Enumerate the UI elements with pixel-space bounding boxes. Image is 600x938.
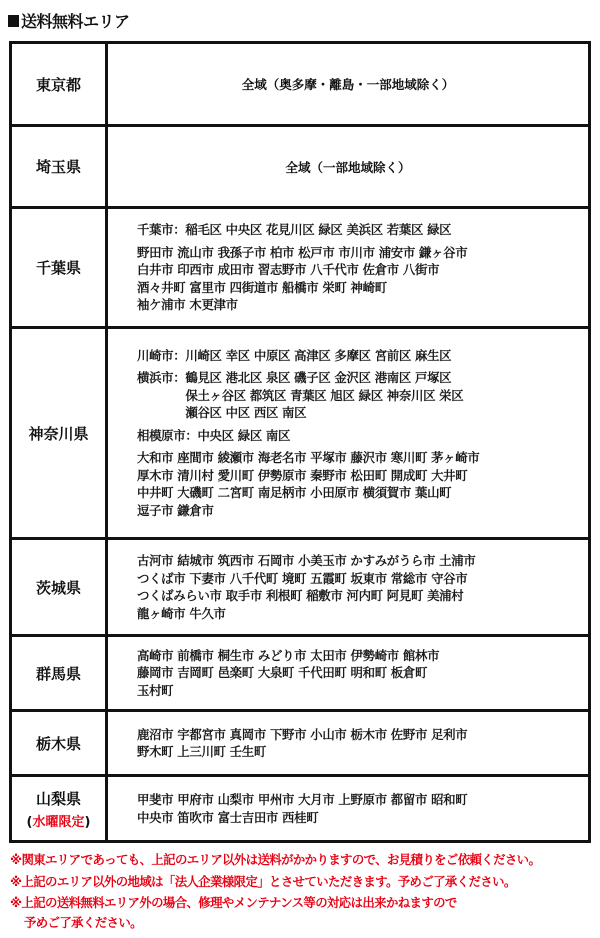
city-line: 中央区 緑区 南区 bbox=[197, 427, 290, 445]
section-title: 送料無料エリア bbox=[8, 9, 130, 32]
city-line: 甲斐市 甲府市 山梨市 甲州市 大月市 上野原市 都留市 昭和町 bbox=[137, 791, 582, 809]
city-line: 大和市 座間市 綾瀬市 海老名市 平塚市 藤沢市 寒川町 茅ヶ崎市 bbox=[137, 449, 582, 467]
table-row-tokyo: 東京都 全域（奥多摩・離島・一部地域除く） bbox=[11, 43, 590, 126]
city-line: 鶴見区 港北区 泉区 磯子区 金沢区 港南区 戸塚区 bbox=[185, 369, 463, 387]
wednesday-only-note: (水曜限定) bbox=[12, 811, 105, 830]
city-group: 相模原市： 中央区 緑区 南区 bbox=[137, 427, 582, 445]
city-line: 中井町 大磯町 二宮町 南足柄市 小田原市 横須賀市 葉山町 bbox=[137, 484, 582, 502]
city-group-label: 千葉市： bbox=[137, 221, 185, 239]
city-line: 袖ケ浦市 木更津市 bbox=[137, 296, 582, 314]
city-line: 中央市 笛吹市 富士吉田市 西桂町 bbox=[137, 809, 582, 827]
section-title-text: 送料無料エリア bbox=[21, 9, 130, 32]
city-line: 野田市 流山市 我孫子市 柏市 松戸市 市川市 浦安市 鎌ヶ谷市 bbox=[137, 244, 582, 262]
city-group: 野田市 流山市 我孫子市 柏市 松戸市 市川市 浦安市 鎌ヶ谷市 白井市 印西市… bbox=[137, 244, 582, 314]
city-group: 千葉市： 稲毛区 中央区 花見川区 緑区 美浜区 若葉区 緑区 bbox=[137, 221, 582, 239]
prefecture-cell: 群馬県 bbox=[11, 636, 107, 711]
table-row-kanagawa: 神奈川県 川崎市： 川崎区 幸区 中原区 高津区 多摩区 宮前区 麻生区 横浜市… bbox=[11, 328, 590, 539]
disclaimer-notes: ※関東エリアであっても、上記のエリア以外は送料がかかりますので、お見積りをご依頼… bbox=[10, 850, 600, 932]
prefecture-cell: 東京都 bbox=[11, 43, 107, 126]
city-line: 龍ヶ崎市 牛久市 bbox=[137, 605, 582, 623]
city-group: 甲斐市 甲府市 山梨市 甲州市 大月市 上野原市 都留市 昭和町 中央市 笛吹市… bbox=[137, 791, 582, 826]
note-corporate-only: ※上記のエリア以外の地域は「法人企業様限定」とさせていただきます。予めご了承くだ… bbox=[10, 872, 600, 892]
prefecture-cell: 千葉県 bbox=[11, 208, 107, 328]
prefecture-cell: 茨城県 bbox=[11, 539, 107, 636]
city-group: 古河市 結城市 筑西市 石岡市 小美玉市 かすみがうら市 土浦市 つくば市 下妻… bbox=[137, 552, 582, 622]
free-shipping-area-table: 東京都 全域（奥多摩・離島・一部地域除く） 埼玉県 全域（一部地域除く） 千葉県… bbox=[9, 41, 591, 843]
prefecture-name: 山梨県 bbox=[36, 790, 81, 808]
note-quote-required: ※関東エリアであっても、上記のエリア以外は送料がかかりますので、お見積りをご依頼… bbox=[10, 850, 600, 870]
area-summary: 全域（奥多摩・離島・一部地域除く） bbox=[107, 43, 590, 126]
prefecture-cell: 栃木県 bbox=[11, 711, 107, 776]
prefecture-cell: 埼玉県 bbox=[11, 126, 107, 208]
table-row-saitama: 埼玉県 全域（一部地域除く） bbox=[11, 126, 590, 208]
wednesday-only-label: 水曜限定 bbox=[32, 815, 84, 830]
city-list: 鹿沼市 宇都宮市 真岡市 下野市 小山市 栃木市 佐野市 足利市 野木町 上三川… bbox=[107, 711, 590, 776]
city-line: 瀬谷区 中区 西区 南区 bbox=[185, 404, 463, 422]
city-list: 川崎市： 川崎区 幸区 中原区 高津区 多摩区 宮前区 麻生区 横浜市： 鶴見区… bbox=[107, 328, 590, 539]
city-line: 酒々井町 富里市 四街道市 船橋市 栄町 神崎町 bbox=[137, 279, 582, 297]
city-list: 千葉市： 稲毛区 中央区 花見川区 緑区 美浜区 若葉区 緑区 野田市 流山市 … bbox=[107, 208, 590, 328]
table-row-yamanashi: 山梨県 (水曜限定) 甲斐市 甲府市 山梨市 甲州市 大月市 上野原市 都留市 … bbox=[11, 776, 590, 842]
city-line: 玉村町 bbox=[137, 682, 582, 700]
city-group: 横浜市： 鶴見区 港北区 泉区 磯子区 金沢区 港南区 戸塚区 保土ヶ谷区 都筑… bbox=[137, 369, 582, 422]
city-group-label: 横浜市： bbox=[137, 369, 185, 422]
city-line: つくばみらい市 取手市 利根町 稲敷市 河内町 阿見町 美浦村 bbox=[137, 587, 582, 605]
prefecture-cell: 山梨県 (水曜限定) bbox=[11, 776, 107, 842]
city-line: 藤岡市 吉岡町 邑楽町 大泉町 千代田町 明和町 板倉町 bbox=[137, 664, 582, 682]
city-line: 白井市 印西市 成田市 習志野市 八千代市 佐倉市 八街市 bbox=[137, 261, 582, 279]
prefecture-cell: 神奈川県 bbox=[11, 328, 107, 539]
note-no-maintenance-continued: 予めご了承ください。 bbox=[10, 913, 600, 933]
square-bullet-icon bbox=[8, 15, 19, 27]
note-no-maintenance: ※上記の送料無料エリア外の場合、修理やメンテナンス等の対応は出来かねますので bbox=[10, 893, 600, 913]
city-line: 古河市 結城市 筑西市 石岡市 小美玉市 かすみがうら市 土浦市 bbox=[137, 552, 582, 570]
city-group-label: 川崎市： bbox=[137, 347, 185, 365]
area-summary: 全域（一部地域除く） bbox=[107, 126, 590, 208]
city-group: 川崎市： 川崎区 幸区 中原区 高津区 多摩区 宮前区 麻生区 bbox=[137, 347, 582, 365]
city-line: 野木町 上三川町 壬生町 bbox=[137, 743, 582, 761]
city-group-label: 相模原市： bbox=[137, 427, 197, 445]
city-line: 稲毛区 中央区 花見川区 緑区 美浜区 若葉区 緑区 bbox=[185, 221, 451, 239]
table-row-gunma: 群馬県 高崎市 前橋市 桐生市 みどり市 太田市 伊勢崎市 館林市 藤岡市 吉岡… bbox=[11, 636, 590, 711]
city-group: 鹿沼市 宇都宮市 真岡市 下野市 小山市 栃木市 佐野市 足利市 野木町 上三川… bbox=[137, 726, 582, 761]
city-line: 保土ヶ谷区 都筑区 青葉区 旭区 緑区 神奈川区 栄区 bbox=[185, 387, 463, 405]
city-list: 高崎市 前橋市 桐生市 みどり市 太田市 伊勢崎市 館林市 藤岡市 吉岡町 邑楽… bbox=[107, 636, 590, 711]
city-group: 高崎市 前橋市 桐生市 みどり市 太田市 伊勢崎市 館林市 藤岡市 吉岡町 邑楽… bbox=[137, 647, 582, 700]
city-line: 川崎区 幸区 中原区 高津区 多摩区 宮前区 麻生区 bbox=[185, 347, 451, 365]
city-line: 高崎市 前橋市 桐生市 みどり市 太田市 伊勢崎市 館林市 bbox=[137, 647, 582, 665]
city-list: 古河市 結城市 筑西市 石岡市 小美玉市 かすみがうら市 土浦市 つくば市 下妻… bbox=[107, 539, 590, 636]
city-list: 甲斐市 甲府市 山梨市 甲州市 大月市 上野原市 都留市 昭和町 中央市 笛吹市… bbox=[107, 776, 590, 842]
table-row-chiba: 千葉県 千葉市： 稲毛区 中央区 花見川区 緑区 美浜区 若葉区 緑区 野田市 … bbox=[11, 208, 590, 328]
city-line: 逗子市 鎌倉市 bbox=[137, 502, 582, 520]
city-line: つくば市 下妻市 八千代町 境町 五霞町 坂東市 常総市 守谷市 bbox=[137, 570, 582, 588]
city-line: 鹿沼市 宇都宮市 真岡市 下野市 小山市 栃木市 佐野市 足利市 bbox=[137, 726, 582, 744]
table-row-ibaraki: 茨城県 古河市 結城市 筑西市 石岡市 小美玉市 かすみがうら市 土浦市 つくば… bbox=[11, 539, 590, 636]
table-row-tochigi: 栃木県 鹿沼市 宇都宮市 真岡市 下野市 小山市 栃木市 佐野市 足利市 野木町… bbox=[11, 711, 590, 776]
city-line: 厚木市 清川村 愛川町 伊勢原市 秦野市 松田町 開成町 大井町 bbox=[137, 467, 582, 485]
city-group: 大和市 座間市 綾瀬市 海老名市 平塚市 藤沢市 寒川町 茅ヶ崎市 厚木市 清川… bbox=[137, 449, 582, 519]
